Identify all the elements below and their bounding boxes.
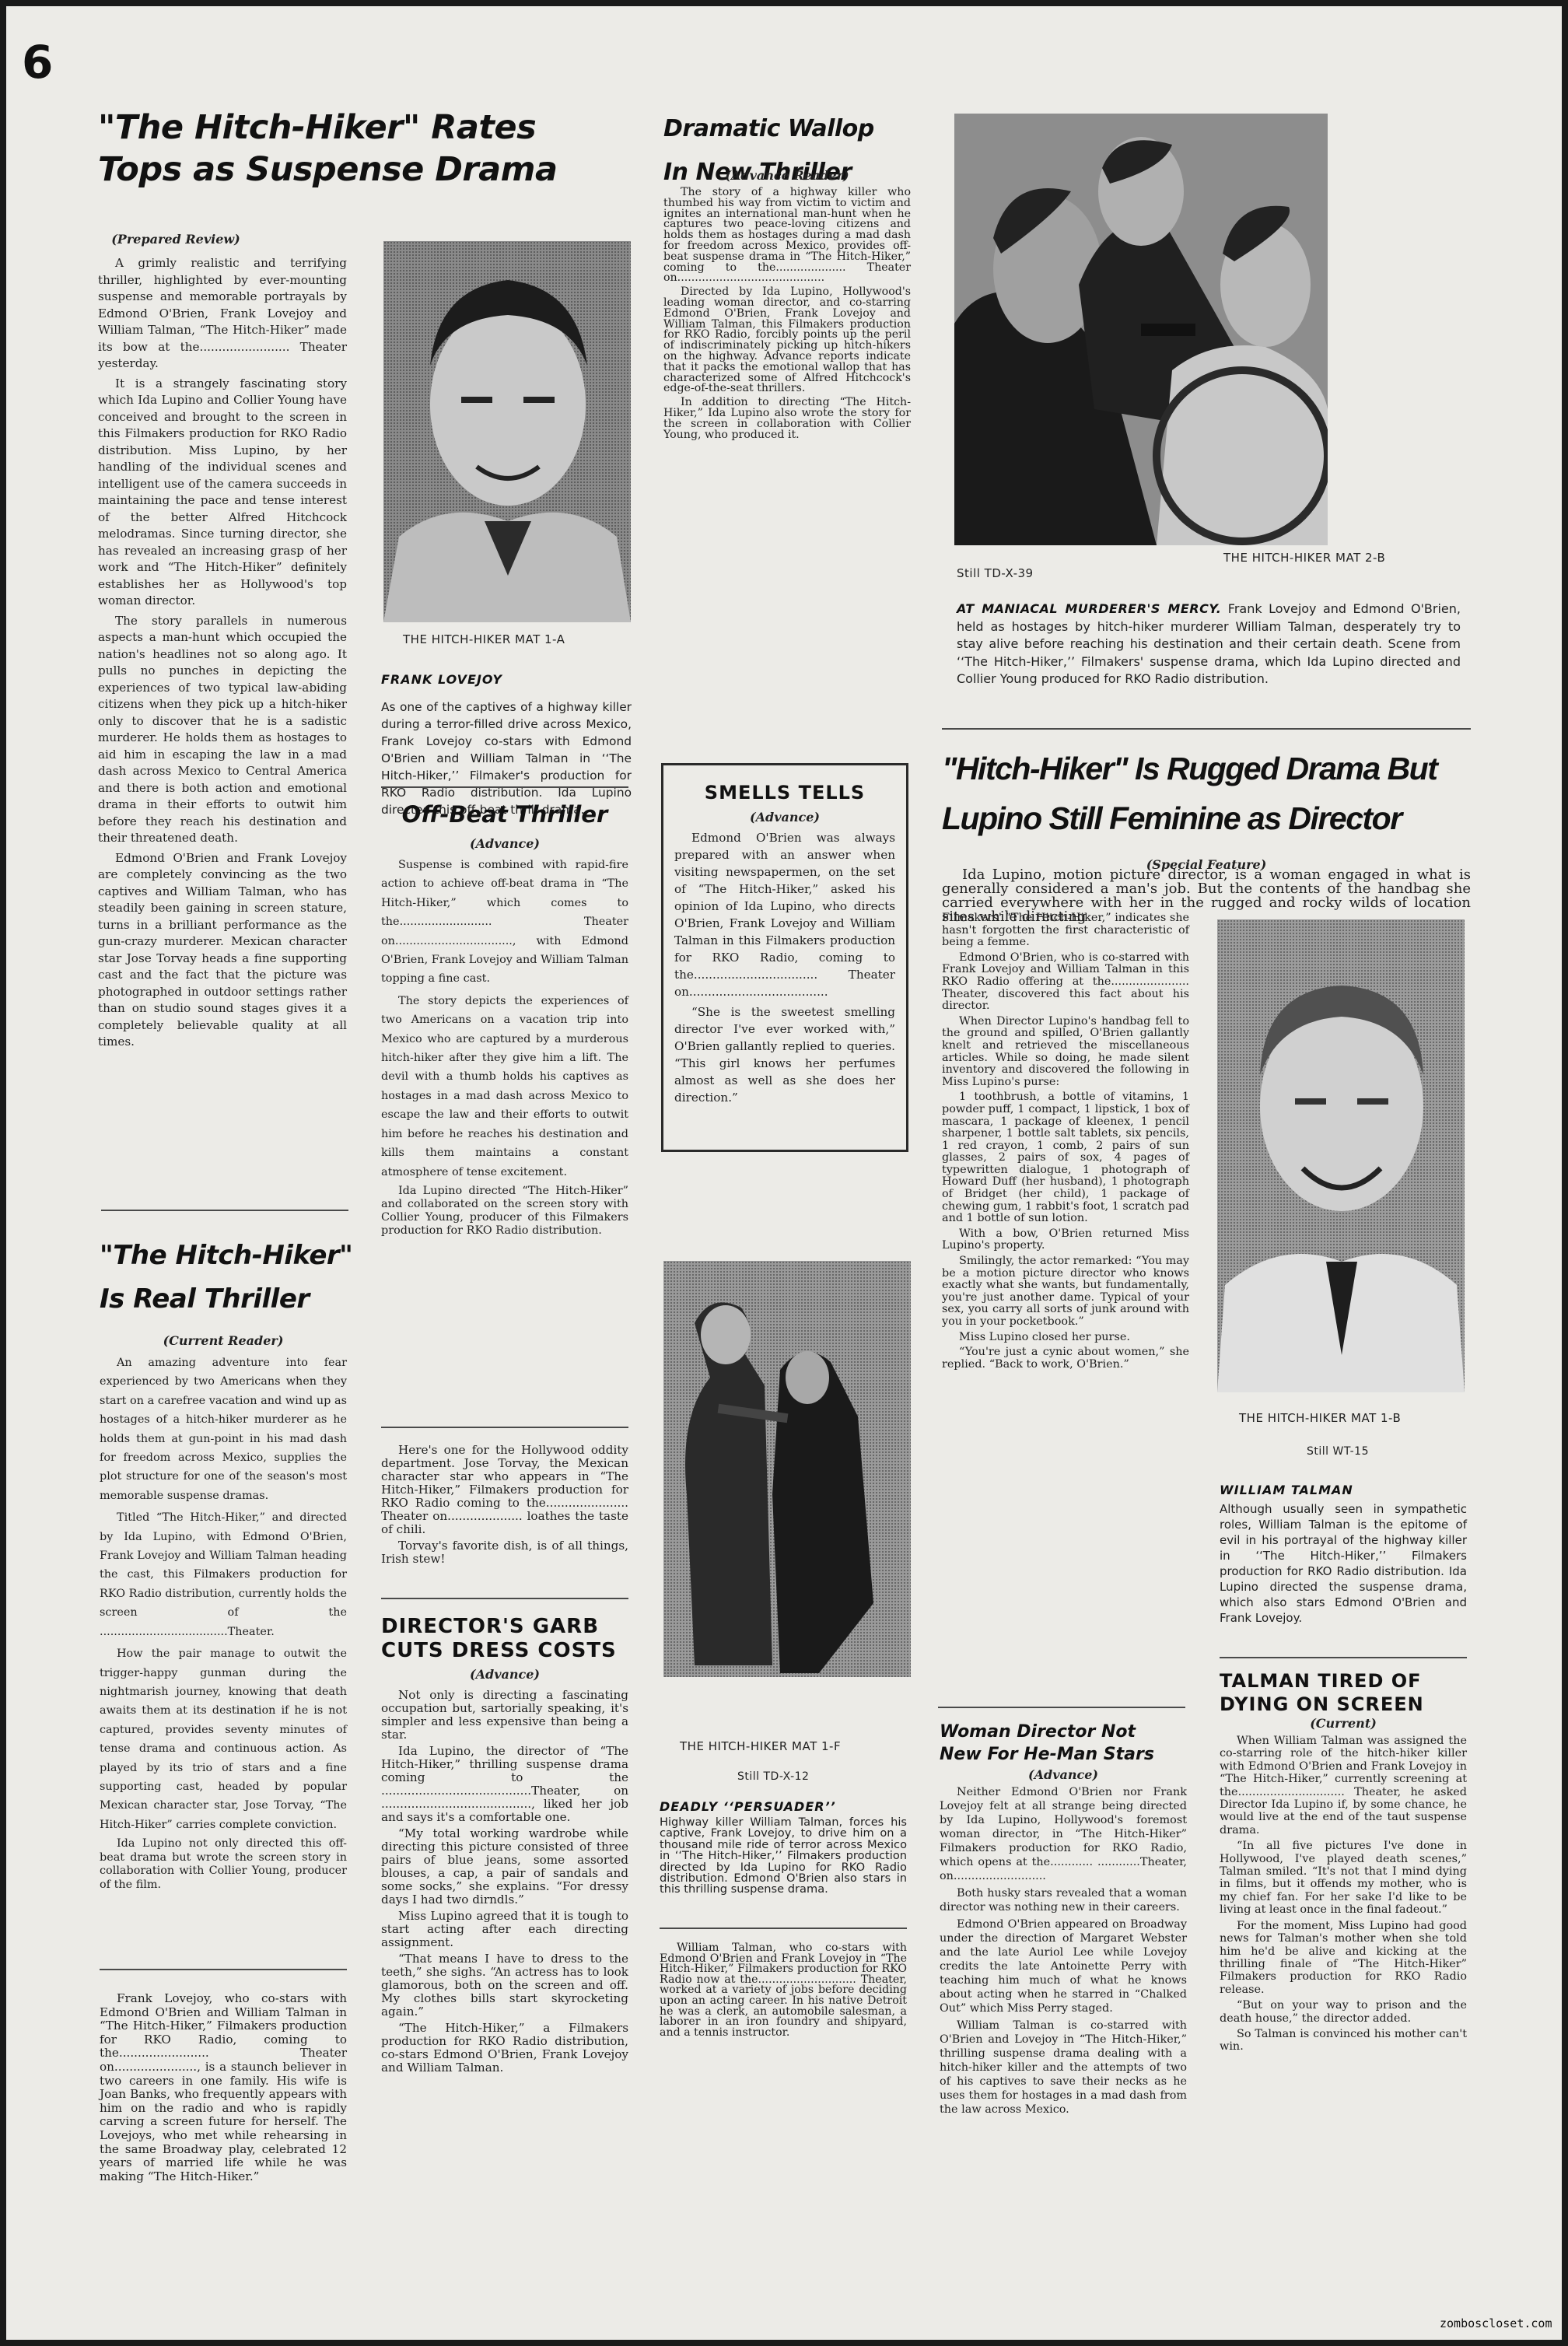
garb-body: Not only is directing a fascinating occu…	[381, 1689, 628, 2078]
photo-william-talman	[1217, 919, 1465, 1392]
portrait-illustration-icon	[1217, 919, 1465, 1392]
divider	[1220, 1657, 1467, 1658]
talman-item-body: William Talman, who co-stars with Edmond…	[660, 1943, 907, 2041]
divider	[381, 1427, 628, 1428]
mat-2b-still: Still TD-X-39	[957, 566, 1034, 580]
mat-1f-name: DEADLY ‘‘PERSUADER’’	[660, 1799, 836, 1814]
tired-headline: TALMAN TIRED OF DYING ON SCREEN	[1220, 1669, 1424, 1716]
mat-2b-caption-block: AT MANIACAL MURDERER'S MERCY. Frank Love…	[957, 601, 1461, 688]
woman-director-headline: Woman Director Not New For He-Man Stars	[940, 1721, 1154, 1766]
divider	[381, 786, 628, 788]
mat-1b-name: WILLIAM TALMAN	[1220, 1483, 1353, 1497]
mat-1b-still: Still WT-15	[1307, 1445, 1369, 1458]
mat-1b-label: THE HITCH-HIKER MAT 1-B	[1239, 1411, 1401, 1425]
portrait-illustration-icon	[383, 241, 631, 622]
lead-headline: "The Hitch-Hiker" Rates Tops as Suspense…	[98, 107, 557, 191]
smells-kicker: (Advance)	[674, 810, 895, 825]
divider	[101, 1210, 348, 1211]
divider	[381, 1598, 628, 1599]
mat-1f-caption: Highway killer William Talman, forces hi…	[660, 1817, 907, 1896]
smells-body: Edmond O'Brien was always prepared with …	[674, 829, 895, 1106]
page-number: 6	[22, 36, 53, 89]
photo-frank-lovejoy	[383, 241, 631, 622]
feminine-headline: "Hitch-Hiker" Is Rugged Drama But Lupino…	[942, 744, 1486, 843]
mat-2b-label: THE HITCH-HIKER MAT 2-B	[1223, 551, 1385, 565]
divider	[100, 1969, 347, 1970]
lead-kicker: (Prepared Review)	[98, 232, 254, 247]
tired-kicker: (Current)	[1220, 1716, 1467, 1731]
feminine-body: Filmakers' “The Hitch-Hiker,” indicates …	[942, 912, 1189, 1374]
wallop-kicker: (Advance Reader)	[663, 168, 911, 183]
mat-1a-label: THE HITCH-HIKER MAT 1-A	[403, 632, 565, 646]
two-men-gun-illustration-icon	[663, 1261, 911, 1677]
photo-maniacal-murderer	[954, 114, 1328, 545]
mat-1f-label: THE HITCH-HIKER MAT 1-F	[680, 1739, 841, 1753]
wallop-body: The story of a highway killer who thumbe…	[663, 187, 911, 443]
off-beat-kicker: (Advance)	[381, 836, 628, 851]
lovejoy-item-body: Frank Lovejoy, who co-stars with Edmond …	[100, 1992, 347, 2187]
woman-director-body: Neither Edmond O'Brien nor Frank Lovejoy…	[940, 1785, 1187, 2120]
mat-2b-name: AT MANIACAL MURDERER'S MERCY.	[957, 601, 1221, 616]
real-thriller-headline: "The Hitch-Hiker" Is Real Thriller	[100, 1234, 352, 1321]
photo-deadly-persuader	[663, 1261, 911, 1677]
divider	[660, 1928, 907, 1929]
tired-body: When William Talman was assigned the co-…	[1220, 1735, 1467, 2057]
mat-1a-caption: As one of the captives of a highway kill…	[381, 699, 632, 818]
divider	[938, 1707, 1185, 1708]
three-men-in-car-illustration-icon	[954, 114, 1328, 545]
torvay-item-body: Here's one for the Hollywood oddity depa…	[381, 1444, 628, 1569]
smells-headline: SMELLS TELLS	[674, 781, 895, 805]
garb-kicker: (Advance)	[381, 1667, 628, 1682]
woman-director-kicker: (Advance)	[940, 1767, 1187, 1782]
lead-article-body: A grimly realistic and terrifying thrill…	[98, 255, 347, 1054]
mat-1f-still: Still TD-X-12	[737, 1770, 809, 1783]
off-beat-headline: Off-Beat Thriller	[381, 801, 628, 828]
press-book-page: 6 "The Hitch-Hiker" Rates Tops as Suspen…	[6, 6, 1562, 2340]
garb-headline: DIRECTOR'S GARB CUTS DRESS COSTS	[381, 1615, 617, 1663]
smells-tells-box: SMELLS TELLS (Advance) Edmond O'Brien wa…	[661, 763, 908, 1152]
watermark: zomboscloset.com	[1440, 2316, 1552, 2330]
mat-1b-caption: Although usually seen in sympathetic rol…	[1220, 1501, 1467, 1626]
off-beat-body: Suspense is combined with rapid-fire act…	[381, 856, 628, 1241]
mat-1a-name: FRANK LOVEJOY	[381, 672, 502, 687]
real-thriller-kicker: (Current Reader)	[100, 1333, 347, 1348]
divider	[942, 728, 1471, 730]
real-thriller-body: An amazing adventure into fear experienc…	[100, 1353, 347, 1896]
